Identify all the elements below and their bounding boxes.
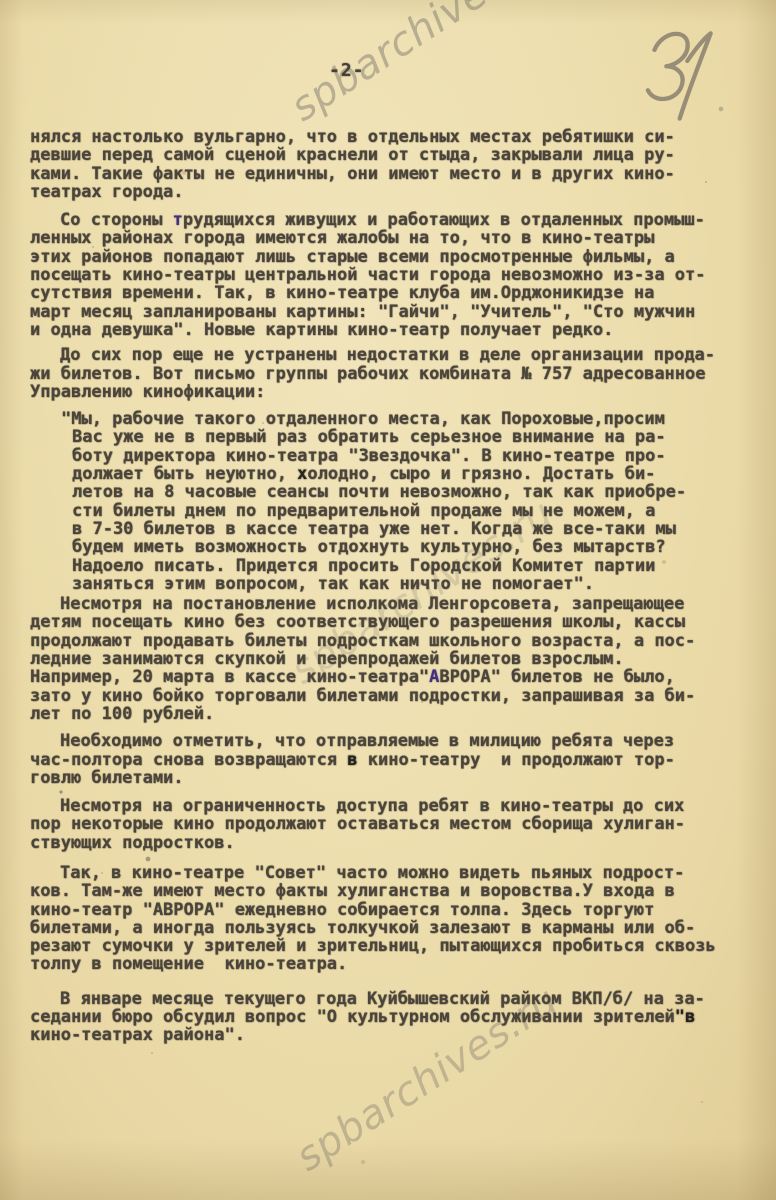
typewritten-line: Надоело писать. Придется просить Городск… <box>72 557 746 575</box>
typewritten-line: говлю билетами. <box>30 769 746 787</box>
typewritten-line: Несмотря на ограниченность доступа ребят… <box>30 797 746 815</box>
typewritten-line: летов на 8 часовые сеансы почти невозмож… <box>72 483 746 501</box>
watermark-top: spbarchives.ru <box>283 0 561 131</box>
typewritten-line: До сих пор еще не устранены недостатки в… <box>30 346 746 364</box>
overtyped-char: в <box>347 750 357 770</box>
typewritten-line: жи билетов. Вот письмо группы рабочих ко… <box>30 365 746 383</box>
paragraph: До сих пор еще не устранены недостатки в… <box>30 346 746 401</box>
paragraph: Необходимо отметить, что отправляемые в … <box>30 732 746 787</box>
paragraph: нялся настолько вульгарно, что в отдельн… <box>30 128 746 201</box>
paragraph: Со стороны трудящихся живущих и работающ… <box>30 211 746 339</box>
typewritten-line: сутствия времени. Так, в кино-театре клу… <box>30 284 746 302</box>
typewritten-line: ствующих подростков. <box>30 834 746 852</box>
typewritten-line: Со стороны трудящихся живущих и работающ… <box>30 211 746 229</box>
overtyped-char: "в <box>675 1007 695 1027</box>
typewritten-line: заняться этим вопросом, так как ничто не… <box>72 575 746 593</box>
typewritten-line: зато у кино бойко торговали билетами под… <box>30 687 746 705</box>
paper-specks <box>0 0 2 2</box>
overtyped-char: А <box>429 667 439 687</box>
typewritten-line: кино-театрах района". <box>30 1026 746 1044</box>
pencil-31-glyph <box>634 20 735 130</box>
paragraph: Несмотря на ограниченность доступа ребят… <box>30 797 746 852</box>
typewritten-line: этих районов попадают лишь старые всеми … <box>30 248 746 266</box>
typewritten-line: продолжают продавать билеты подросткам ш… <box>30 632 746 650</box>
typewritten-line: "Мы, рабочие такого отдаленного места, к… <box>72 410 746 428</box>
typewritten-line: Необходимо отметить, что отправляемые в … <box>30 732 746 750</box>
paragraph: Так, в кино-театре "Совет" часто можно в… <box>30 864 746 974</box>
typewritten-line: час-полтора снова возвращаются в кино-те… <box>30 751 746 769</box>
typewritten-line: билетами, а иногда пользуясь толкучкой з… <box>30 919 746 937</box>
typewritten-line: седании бюро обсудил вопрос "О культурно… <box>30 1008 746 1026</box>
scanned-document-page: spbarchives.ru spbarchives.ru spbarchive… <box>0 0 776 1200</box>
typewritten-line: будем иметь возможность отдохнуть культу… <box>72 538 746 556</box>
typewritten-line: посещать кино-театры центральной части г… <box>30 266 746 284</box>
typewritten-line: девшие перед самой сценой краснели от ст… <box>30 146 746 164</box>
typewritten-line: пор некоторые кино продолжают оставаться… <box>30 815 746 833</box>
typewritten-line: нялся настолько вульгарно, что в отдельн… <box>30 128 746 146</box>
quoted-letter-block: "Мы, рабочие такого отдаленного места, к… <box>72 410 746 593</box>
text-column: нялся настолько вульгарно, что в отдельн… <box>30 128 746 1045</box>
paragraph: В январе месяце текущего года Куйбышевск… <box>30 990 746 1045</box>
typewritten-line: и одна девушка". Новые картины кино-теат… <box>30 321 746 339</box>
typewritten-line: ленных районах города имеются жалобы на … <box>30 229 746 247</box>
typewritten-line: март месяц запланированы картины: "Гайчи… <box>30 303 746 321</box>
typewritten-line: Вас уже не в первый раз обратить серьезн… <box>72 428 746 446</box>
typewritten-line: театрах города. <box>30 183 746 201</box>
typewritten-line: В январе месяце текущего года Куйбышевск… <box>30 990 746 1008</box>
typewritten-line: в 7-30 билетов в кассе театра уже нет. К… <box>72 520 746 538</box>
typewritten-line: резают сумочки у зрителей и зрительниц, … <box>30 937 746 955</box>
typewritten-line: кино-театр "АВРОРА" ежедневно собирается… <box>30 901 746 919</box>
typewritten-line: Так, в кино-театре "Совет" часто можно в… <box>30 864 746 882</box>
typewritten-line: должает быть неуютно, холодно, сыро и гр… <box>72 465 746 483</box>
page-number: -2- <box>329 60 365 81</box>
typewritten-line: ледние занимаются скупкой и перепродажей… <box>30 650 746 668</box>
paragraph: Несмотря на постановление исполкома Ленг… <box>30 595 746 723</box>
typewritten-line: детям посещать кино без соответствующего… <box>30 613 746 631</box>
typewritten-line: Например, 20 марта в кассе кино-театра"А… <box>30 668 746 686</box>
typewritten-line: толпу в помещение кино-театра. <box>30 955 746 973</box>
typewritten-line: боту директора кино-театра "Звездочка". … <box>72 447 746 465</box>
typewritten-line: сти билеты днем по предварительной прода… <box>72 502 746 520</box>
typewritten-line: ков. Там-же имеют место факты хулиганств… <box>30 882 746 900</box>
typewritten-line: Управлению кинофикации: <box>30 383 746 401</box>
typewritten-line: лет по 100 рублей. <box>30 705 746 723</box>
typewritten-line: ками. Такие факты не единичны, они имеют… <box>30 165 746 183</box>
typewritten-line: Несмотря на постановление исполкома Ленг… <box>30 595 746 613</box>
handwritten-page-number: 31 <box>634 20 735 130</box>
